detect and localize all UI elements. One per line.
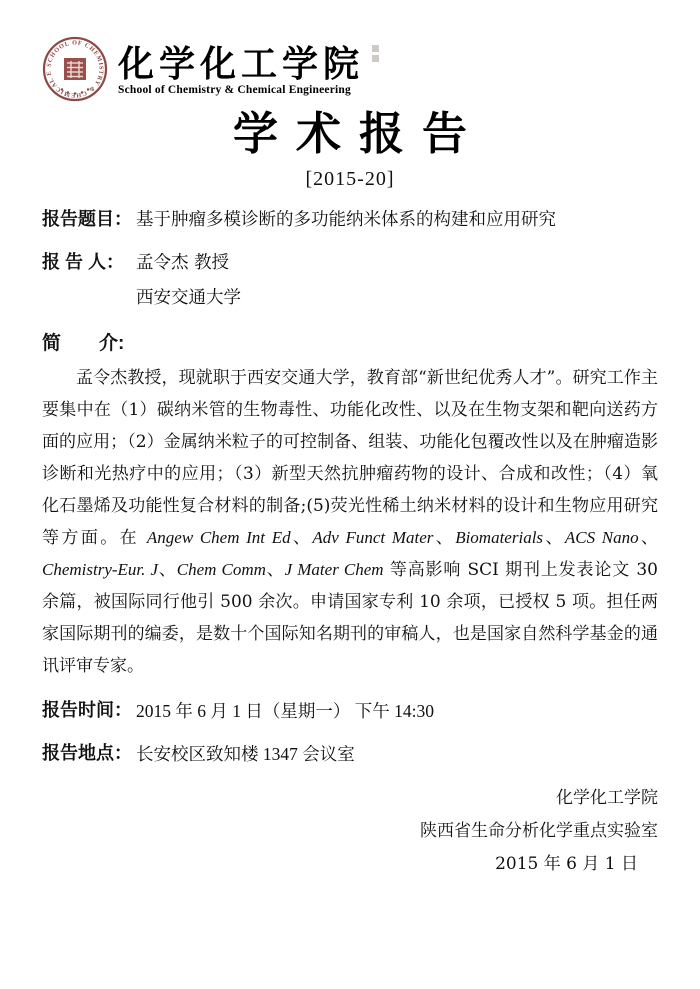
issue-number: [2015-20] (42, 168, 658, 191)
speaker-name: 孟令杰 教授 (136, 249, 229, 277)
intro-text-segment: Chemistry-Eur. J (42, 560, 158, 579)
page-title: 学术报告 (42, 108, 658, 160)
signature-laboratory: 陕西省生命分析化学重点实验室 (42, 815, 658, 848)
signature-organization: 化学化工学院 (42, 782, 658, 815)
speaker-label: 报 告 人： (42, 249, 136, 277)
intro-text-segment: 、 (543, 528, 565, 548)
report-location-row: 报告地点： 长安校区致知楼 1347 会议室 (42, 740, 658, 768)
intro-text-segment: 孟令杰教授，现就职于西安交通大学，教育部“新世纪优秀人才”。研究工作主要集中在（… (42, 368, 658, 548)
speaker-row: 报 告 人： 孟令杰 教授 (42, 249, 658, 277)
intro-text-segment: ACS Nano (565, 528, 639, 547)
intro-text-segment: Adv Funct Mater (312, 528, 433, 547)
intro-text-segment: 、 (639, 528, 658, 548)
intro-text-segment: J Mater Chem (285, 560, 384, 579)
report-topic-row: 报告题目： 基于肿瘤多模诊断的多功能纳米体系的构建和应用研究 (42, 206, 658, 234)
intro-text-segment: 、 (266, 560, 285, 580)
intro-paragraph: 孟令杰教授，现就职于西安交通大学，教育部“新世纪优秀人才”。研究工作主要集中在（… (42, 362, 658, 682)
intro-text-segment: 、 (158, 560, 177, 580)
school-name-english: School of Chemistry & Chemical Engineeri… (118, 84, 364, 96)
intro-text-segment: Chem Comm (177, 560, 266, 579)
signature-date: 2015 年 6 月 1 日 (42, 848, 658, 881)
intro-text-segment: Biomaterials (455, 528, 543, 547)
document-content: SCHOOL OF CHEMISTRY & CHEMICAL ENGINEERI… (0, 0, 700, 881)
document-page: SCHOOL OF CHEMISTRY & CHEMICAL ENGINEERI… (0, 0, 700, 989)
report-location-value: 长安校区致知楼 1347 会议室 (136, 740, 355, 768)
intro-text-segment: 、 (291, 528, 313, 548)
report-topic-label: 报告题目： (42, 206, 136, 234)
report-time-row: 报告时间： 2015 年 6 月 1 日（星期一） 下午 14:30 (42, 697, 658, 725)
school-seal-icon: SCHOOL OF CHEMISTRY & CHEMICAL ENGINEERI… (42, 36, 108, 102)
intro-text-segment: 、 (433, 528, 455, 548)
report-time-label: 报告时间： (42, 697, 136, 725)
intro-text-segment: Angew Chem Int Ed (147, 528, 291, 547)
speaker-affiliation: 西安交通大学 (136, 285, 658, 312)
report-location-label: 报告地点： (42, 740, 136, 768)
intro-heading: 简 介: (42, 328, 658, 355)
school-name-chinese: 化学化工学院 (118, 45, 364, 83)
report-time-value: 2015 年 6 月 1 日（星期一） 下午 14:30 (136, 697, 434, 725)
report-topic-value: 基于肿瘤多模诊断的多功能纳米体系的构建和应用研究 (136, 206, 556, 234)
school-name-block: 化学化工学院 School of Chemistry & Chemical En… (118, 43, 364, 96)
signature-block: 化学化工学院 陕西省生命分析化学重点实验室 2015 年 6 月 1 日 (42, 782, 658, 881)
logo-signature-mark (372, 45, 380, 67)
header-logo: SCHOOL OF CHEMISTRY & CHEMICAL ENGINEERI… (42, 34, 658, 104)
